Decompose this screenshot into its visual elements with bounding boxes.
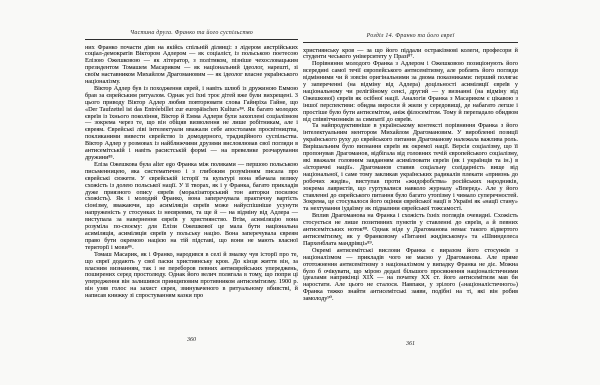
page-right: Розділ 14. Франко та його євреї християн… [303, 33, 518, 303]
paragraph: Вплив Драгоманова на Франка і схожість ї… [303, 213, 518, 248]
page-right-body-text: християнську кров — за що його піддали о… [303, 48, 518, 304]
page-number-left: 360 [85, 337, 298, 343]
paragraph: Віктор Адлер був із походження єврей, і … [85, 86, 298, 162]
paragraph: Та найпродуктивніше в українському конте… [303, 123, 518, 213]
book-spread: { "book": { "left_page": { "header": "Ча… [0, 0, 600, 385]
paragraph: них Франко почасти діяв на якійсь спільн… [85, 45, 298, 86]
paragraph: Порівняння молодого Франка з Адлером і О… [303, 61, 518, 123]
paragraph: Окремі антисемітські вислови Франка є ви… [303, 248, 518, 303]
page-left: Частина друга. Франко та його суспільств… [85, 30, 298, 300]
paragraph: Еліза Ожешкова була alter ego Франка між… [85, 162, 298, 252]
running-header-right: Розділ 14. Франко та його євреї [303, 33, 518, 43]
page-left-body-text: них Франко почасти діяв на якійсь спільн… [85, 45, 298, 301]
running-header-left: Частина друга. Франко та його суспільств… [85, 30, 298, 40]
page-number-right: 361 [303, 341, 518, 347]
paragraph: Томаш Масарик, як і Франко, народився в … [85, 252, 298, 300]
